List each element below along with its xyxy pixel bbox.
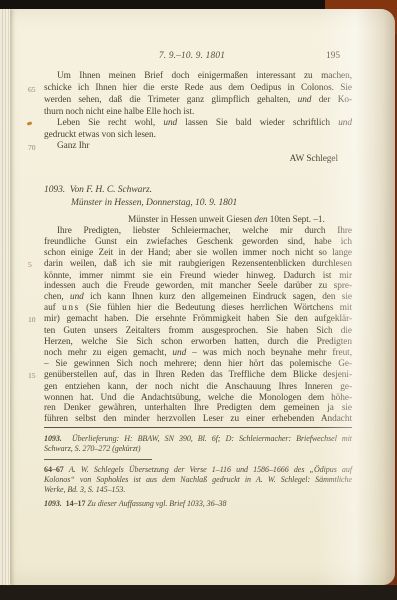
line-number <box>28 71 44 83</box>
line-number <box>28 226 44 237</box>
text-line: Werke, Bd. 3, S. 145–153. <box>28 485 352 495</box>
text-line: Münster in Hessen, Donnerstag, 10. 9. 18… <box>28 197 352 210</box>
line-number <box>28 337 44 348</box>
text-line: ren Denker gewähren, unterhalten Ihre Pr… <box>28 403 352 414</box>
text-line: 15genüberstellen auf, das in Ihren Reden… <box>28 370 352 382</box>
line-text: 1093. Von F. H. C. Schwarz. <box>44 184 352 197</box>
line-number <box>28 118 44 130</box>
line-number <box>28 475 44 485</box>
line-number <box>28 465 44 475</box>
text-line: Um Ihnen meinen Brief doch einigermaßen … <box>28 71 352 83</box>
text-line: 65schicke ich Ihnen hier die erste Rede … <box>28 83 352 96</box>
line-text: Um Ihnen meinen Brief doch einigermaßen … <box>44 71 352 83</box>
line-number: 65 <box>28 83 44 96</box>
line-number <box>28 444 44 454</box>
line-text: könnte, immer nimmt sie ein Freund wiede… <box>44 271 352 282</box>
line-text: gedruckt etwas von sich lesen. <box>44 130 352 142</box>
line-number <box>28 215 44 226</box>
line-text: Werke, Bd. 3, S. 145–153. <box>44 485 352 495</box>
text-line: Schwarz, S. 270–272 (gekürzt) <box>28 444 352 454</box>
line-text: genüberstellen auf, das in Ihren Reden d… <box>44 370 352 382</box>
line-number <box>28 130 44 142</box>
text-line: könnte, immer nimmt sie ein Freund wiede… <box>28 271 352 282</box>
text-line: auf uns (Sie fühlen hier die Bedeutung d… <box>28 303 352 314</box>
line-text: thurn noch nicht eine halbe Elle hoch is… <box>44 107 352 119</box>
text-line: freundliche Gunst ein zwiefaches Geschen… <box>28 237 352 248</box>
page-number: 195 <box>225 51 352 61</box>
line-text: schicke ich Ihnen hier die erste Rede au… <box>44 83 352 96</box>
line-number <box>28 107 44 119</box>
line-number: 15 <box>28 370 44 382</box>
line-text: darin weilen, daß ich sie mit raubgierig… <box>44 259 352 271</box>
line-number <box>28 184 44 197</box>
line-number: 5 <box>28 259 44 271</box>
apparatus-transmission: 1093. Überlieferung: H: BBAW, SN 390, Bl… <box>28 434 352 454</box>
text-line: – Sie gewinnen Sich noch mehrere; denn h… <box>28 359 352 370</box>
text-line: 5darin weilen, daß ich sie mit raubgieri… <box>28 259 352 271</box>
line-number <box>28 414 44 425</box>
line-text: 64–67 A. W. Schlegels Übersetzung der Ve… <box>44 465 352 475</box>
line-text: Münster in Hessen unweit Giesen den 10te… <box>44 215 352 226</box>
previous-letter-ending: Um Ihnen meinen Brief doch einigermaßen … <box>28 71 352 165</box>
apparatus-notes: 64–67 A. W. Schlegels Übersetzung der Ve… <box>28 465 352 509</box>
text-line: Münster in Hessen unweit Giesen den 10te… <box>28 215 352 226</box>
line-number <box>28 271 44 282</box>
letter-heading: 1093. Von F. H. C. Schwarz.Münster in He… <box>28 184 352 209</box>
text-line: 10mir) gemacht haben. Die ersehnte Frömm… <box>28 314 352 326</box>
line-text: gen entziehen kann, der noch nicht die A… <box>44 382 352 393</box>
text-line: 1093. Überlieferung: H: BBAW, SN 390, Bl… <box>28 434 352 444</box>
line-number <box>28 95 44 107</box>
text-line: gen entziehen kann, der noch nicht die A… <box>28 382 352 393</box>
line-text: Kolonos“ von Sophokles ist aus dem Nachl… <box>44 475 352 485</box>
text-line: 1093. 14–17 Zu dieser Auffassung vgl. Br… <box>28 495 352 509</box>
line-text: auf uns (Sie fühlen hier die Bedeutung d… <box>44 303 352 314</box>
line-number <box>28 326 44 337</box>
photo-background-bottom-bar <box>0 585 397 600</box>
line-text: schon einige Zeit in der Hand; aber sie … <box>44 248 352 259</box>
apparatus: 1093. Überlieferung: H: BBAW, SN 390, Bl… <box>28 427 352 509</box>
line-text: Herzen, welche Sie Sich schon erworben h… <box>44 337 352 348</box>
line-text: wonnen hat. Und die Andachtsübung, welch… <box>44 393 352 404</box>
running-header: 7. 9.–10. 9. 1801 195 <box>44 51 352 61</box>
line-number <box>28 237 44 248</box>
text-line: indessen auch die Freude geworden, mit m… <box>28 281 352 292</box>
line-text: ten Guten unsers Zeitalters fromm ausges… <box>44 326 352 337</box>
text-line: 64–67 A. W. Schlegels Übersetzung der Ve… <box>28 465 352 475</box>
running-header-date: 7. 9.–10. 9. 1801 <box>159 51 225 61</box>
text-line: ten Guten unsers Zeitalters fromm ausges… <box>28 326 352 337</box>
text-line: 1093. Von F. H. C. Schwarz. <box>28 184 352 197</box>
line-text: AW Schlegel <box>44 154 352 166</box>
line-text: chen, und ich kann Ihnen kurz den allgem… <box>44 292 352 303</box>
letter-body: Münster in Hessen unweit Giesen den 10te… <box>28 215 352 425</box>
line-number <box>28 403 44 414</box>
text-line: thurn noch nicht eine halbe Elle hoch is… <box>28 107 352 119</box>
line-number <box>28 359 44 370</box>
line-text: Ihre Predigten, liebster Schleiermacher,… <box>44 226 352 237</box>
line-text: Schwarz, S. 270–272 (gekürzt) <box>44 444 352 454</box>
line-number <box>28 248 44 259</box>
line-number <box>28 382 44 393</box>
text-line: noch mehr zu eigen gemacht, und – was mi… <box>28 348 352 359</box>
text-line: schon einige Zeit in der Hand; aber sie … <box>28 248 352 259</box>
text-line: Herzen, welche Sie Sich schon erworben h… <box>28 337 352 348</box>
line-text: indessen auch die Freude geworden, mit m… <box>44 281 352 292</box>
line-number <box>28 485 44 495</box>
line-text: 1093. Überlieferung: H: BBAW, SN 390, Bl… <box>44 434 352 444</box>
line-number <box>28 154 44 166</box>
text-line: Leben Sie recht wohl, und lassen Sie bal… <box>28 118 352 130</box>
apparatus-rule <box>44 427 352 428</box>
line-number <box>28 393 44 404</box>
line-text: noch mehr zu eigen gemacht, und – was mi… <box>44 348 352 359</box>
text-line: führen selbst den minder herzvollen Lese… <box>28 414 352 425</box>
line-text: Ganz Ihr <box>44 141 352 154</box>
line-text: – Sie gewinnen Sich noch mehrere; denn h… <box>44 359 352 370</box>
line-number <box>28 197 44 210</box>
line-text: 1093. 14–17 Zu dieser Auffassung vgl. Br… <box>44 499 352 509</box>
book-page: 7. 9.–10. 9. 1801 195 Um Ihnen meinen Br… <box>0 9 395 585</box>
text-line: Kolonos“ von Sophokles ist aus dem Nachl… <box>28 475 352 485</box>
line-text: mir) gemacht haben. Die ersehnte Frömmig… <box>44 314 352 326</box>
line-number <box>28 303 44 314</box>
text-line: Ihre Predigten, liebster Schleiermacher,… <box>28 226 352 237</box>
text-line: wonnen hat. Und die Andachtsübung, welch… <box>28 393 352 404</box>
line-number <box>28 281 44 292</box>
line-number <box>28 292 44 303</box>
line-text: führen selbst den minder herzvollen Lese… <box>44 414 352 425</box>
text-line: werden sehen, daß die Trimeter ganz glim… <box>28 95 352 107</box>
line-number <box>28 495 44 509</box>
line-text: freundliche Gunst ein zwiefaches Geschen… <box>44 237 352 248</box>
text-line: chen, und ich kann Ihnen kurz den allgem… <box>28 292 352 303</box>
line-number: 10 <box>28 314 44 326</box>
page-edge-stack <box>0 9 10 585</box>
apparatus-section-divider-rule <box>44 459 152 460</box>
line-text: ren Denker gewähren, unterhalten Ihre Pr… <box>44 403 352 414</box>
line-number <box>28 434 44 444</box>
line-text: Münster in Hessen, Donnerstag, 10. 9. 18… <box>44 197 352 210</box>
line-number: 70 <box>28 141 44 154</box>
text-line: AW Schlegel <box>28 154 352 166</box>
line-number <box>28 348 44 359</box>
text-line: 70Ganz Ihr <box>28 141 352 154</box>
line-text: Leben Sie recht wohl, und lassen Sie bal… <box>44 118 352 130</box>
text-line: gedruckt etwas von sich lesen. <box>28 130 352 142</box>
line-text: werden sehen, daß die Trimeter ganz glim… <box>44 95 352 107</box>
